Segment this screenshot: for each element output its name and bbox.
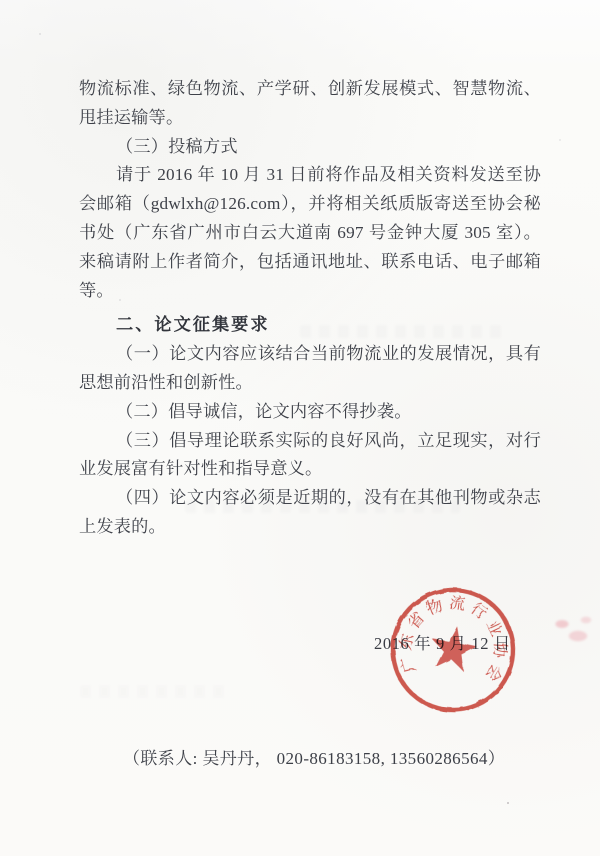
text-line: （四）论文内容必须是近期的，没有在其他刊物或杂志 [79,484,541,513]
text-line: 等。 [79,277,541,306]
text-line: 甩挂运输等。 [79,104,541,133]
text-line: 来稿请附上作者简介，包括通讯地址、联系电话、电子邮箱 [79,248,541,277]
text-line: （三）倡导理论联系实际的良好风尚，立足现实，对行 [79,427,541,456]
text-line: 会邮箱（gdwlxh@126.com），并将相关纸质版寄送至协会秘 [79,190,541,219]
text-line: 上发表的。 [79,513,541,542]
text-line: 业发展富有针对性和指导意义。 [79,455,541,484]
section-heading: 二、论文征集要求 [79,311,541,340]
star-icon [427,622,479,673]
text-line: （二）倡导诚信，论文内容不得抄袭。 [79,398,541,427]
official-seal: 广东省物流行业协会 [381,578,524,721]
text-line: 书处（广东省广州市白云大道南 697 号金钟大厦 305 室）。 [79,219,541,248]
text-line: （一）论文内容应该结合当前物流业的发展情况，具有 [79,340,541,369]
red-ink-smear [548,612,596,652]
text-line: （三）投稿方式 [79,133,541,162]
text-line: 请于 2016 年 10 月 31 日前将作品及相关资料发送至协 [79,161,541,190]
scan-bleed-artifact [80,685,230,698]
text-line: 思想前沿性和创新性。 [79,369,541,398]
text-line: 物流标准、绿色物流、产学研、创新发展模式、智慧物流、 [79,75,541,104]
contact-line: （联系人: 吴丹丹， 020-86183158, 13560286564） [123,744,505,769]
document-body: 物流标准、绿色物流、产学研、创新发展模式、智慧物流、甩挂运输等。（三）投稿方式请… [79,75,541,542]
scanned-document-page: 物流标准、绿色物流、产学研、创新发展模式、智慧物流、甩挂运输等。（三）投稿方式请… [0,0,600,856]
